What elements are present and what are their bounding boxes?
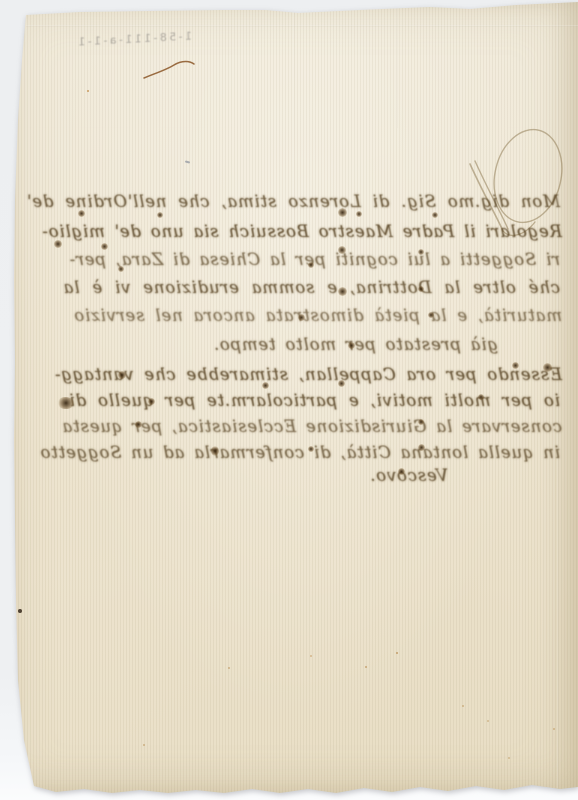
ink-blot <box>338 208 347 217</box>
ink-blot <box>418 249 424 255</box>
ink-blot <box>478 394 484 400</box>
ink-blot <box>348 342 355 349</box>
ink-blot <box>262 382 269 389</box>
ink-blot <box>432 212 438 218</box>
ink-blot <box>356 211 362 217</box>
ink-blot <box>338 246 346 254</box>
ink-blot <box>308 446 314 452</box>
ink-blot <box>101 243 108 250</box>
bleedthrough-text-block: Mon dig.mo Sig. di Lorenzo stima, che ne… <box>16 190 562 490</box>
text-line: già prestato per molto tempo. <box>0 335 562 354</box>
ink-blot <box>58 397 74 409</box>
ink-blot <box>148 398 155 405</box>
foxing-spot <box>462 705 464 707</box>
paper-sheet: 1-58-111-a-1-1 Mon dig.mo Sig. di Lorenz… <box>0 0 578 800</box>
ink-blot <box>338 380 345 387</box>
foxing-spot <box>508 757 510 759</box>
foxing-spot <box>396 652 398 654</box>
foxing-spot <box>310 655 312 657</box>
text-line: Mon dig.mo Sig. di Lorenzo stima, che ne… <box>14 192 562 211</box>
ink-blot <box>418 286 424 292</box>
ink-blot <box>418 444 425 451</box>
text-line: Essendo per ora Cappellan, stimarebbe ch… <box>16 365 562 384</box>
foxing-spot <box>487 720 489 722</box>
ink-blot <box>54 240 62 248</box>
paper-surface: 1-58-111-a-1-1 Mon dig.mo Sig. di Lorenz… <box>0 0 578 800</box>
ink-blot <box>308 262 314 268</box>
ink-blot <box>135 421 142 428</box>
ink-blot <box>398 468 405 475</box>
ink-blot <box>428 312 434 318</box>
text-line: ri Soggetti a lui cogniti per la Chiesa … <box>14 250 562 269</box>
foxing-spot <box>228 667 230 669</box>
text-line: ché oltre la Dottrina, e somma erudizion… <box>14 278 562 297</box>
foxing-spot <box>87 90 89 92</box>
ink-blot <box>543 363 552 372</box>
foxing-spot <box>143 744 145 746</box>
foxing-spot <box>553 728 555 730</box>
ink-blot <box>78 210 85 217</box>
ink-blot <box>157 212 163 218</box>
fold-crease-vertical-mid <box>396 8 398 128</box>
fiber-strand-icon <box>140 56 198 84</box>
ink-blot <box>418 419 424 425</box>
fold-crease-horizontal <box>26 25 578 27</box>
text-line: conservare la Giurisdizione Ecclesiastic… <box>16 417 562 436</box>
foxing-spot <box>365 666 367 668</box>
scan-background: 1-58-111-a-1-1 Mon dig.mo Sig. di Lorenz… <box>0 0 578 800</box>
text-line: in quella lontana Città, di confermarla … <box>14 443 562 462</box>
ink-blot <box>118 371 126 379</box>
ink-blot <box>118 266 124 272</box>
foxing-spot <box>18 609 22 613</box>
ink-blot <box>298 314 305 321</box>
text-line: Vescovo. <box>0 466 562 485</box>
ink-blot <box>338 287 347 296</box>
ink-blot <box>211 446 219 456</box>
text-line: maturità, e la pietà dimostrata ancora n… <box>16 306 562 325</box>
text-line: Regolari il Padre Maestro Bossuich sia u… <box>16 222 562 241</box>
ink-blot <box>512 362 519 369</box>
